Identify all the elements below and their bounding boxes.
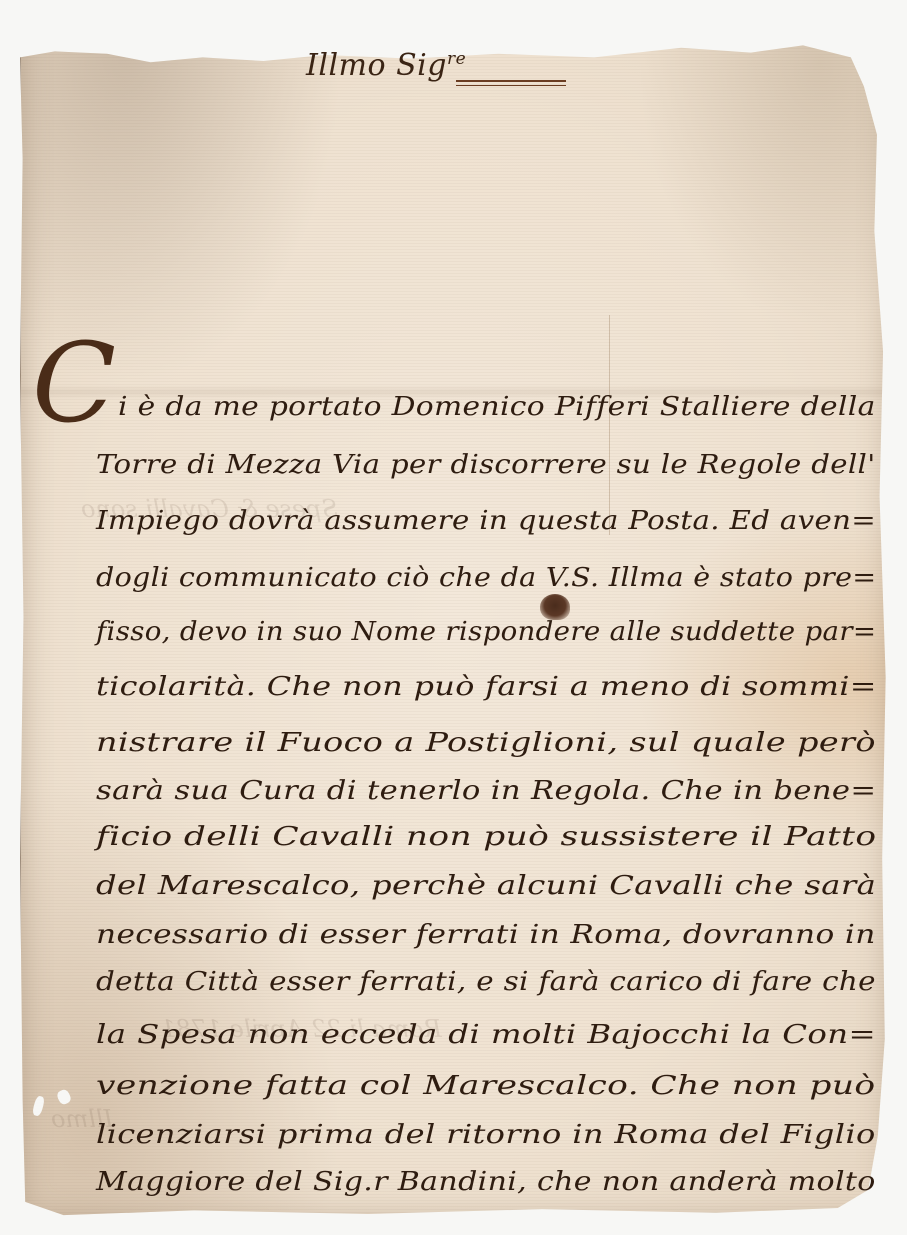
text-line: del Marescalco, perchè alcuni Cavalli ch…	[96, 871, 876, 901]
text-line: Maggiore del Sig.r Bandini, che non ande…	[96, 1167, 876, 1197]
text-line: la Spesa non ecceda di molti Bajocchi la…	[96, 1020, 876, 1050]
text-line: venzione fatta col Marescalco. Che non p…	[96, 1071, 876, 1101]
text-line: necessario di esser ferrati in Roma, dov…	[96, 920, 876, 950]
text-line: fisso, devo in suo Nome rispondere alle …	[96, 617, 876, 647]
text-line: ticolarità. Che non può farsi a meno di …	[96, 672, 877, 702]
text-line: sarà sua Cura di tenerlo in Regola. Che …	[96, 776, 876, 806]
text-line: ficio delli Cavalli non può sussistere i…	[96, 822, 876, 852]
text-line: Torre di Mezza Via per discorrere su le …	[96, 450, 876, 480]
text-line: i è da me portato Domenico Pifferi Stall…	[118, 392, 876, 422]
text-line: detta Città esser ferrati, e si farà car…	[96, 967, 876, 997]
text-line: licenziarsi prima del ritorno in Roma de…	[96, 1120, 876, 1150]
text-line: nistrare il Fuoco a Postiglioni, sul qua…	[96, 728, 876, 758]
text-line: dogli communicato ciò che da V.S. Illma …	[96, 563, 877, 593]
letter-body: i è da me portato Domenico Pifferi Stall…	[0, 0, 907, 1235]
text-line: Impiego dovrà assumere in questa Posta. …	[96, 506, 876, 536]
